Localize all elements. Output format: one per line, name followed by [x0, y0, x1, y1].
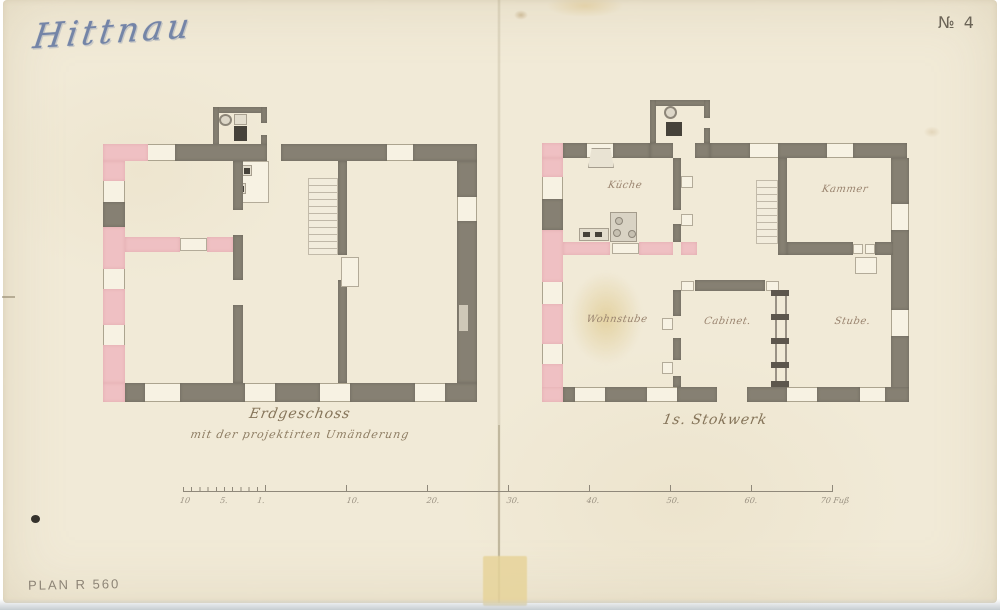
wall-segment-projected: [103, 289, 125, 325]
caption-ground-floor-sub: mit der projektirten Umänderung: [144, 428, 456, 441]
window-opening: [787, 387, 817, 402]
stove-burner: [628, 230, 636, 238]
wall-segment: [650, 100, 656, 143]
caption-first-floor: 1s. Stokwerk: [639, 412, 792, 428]
door-outline: [865, 244, 875, 254]
scale-tick: [265, 485, 266, 492]
wall-segment-projected: [542, 230, 563, 282]
wall-segment: [673, 376, 681, 387]
wall-segment: [613, 143, 650, 158]
scale-label: 5.: [203, 496, 244, 505]
window-opening: [647, 387, 677, 402]
hearth-fixture: [244, 168, 250, 174]
hearth-fixture: [666, 122, 682, 136]
wall-segment: [891, 230, 909, 310]
wall-segment: [695, 280, 765, 291]
door-outline: [180, 238, 207, 251]
timber-partition-tie: [771, 381, 789, 387]
wall-segment-projected: [103, 227, 125, 269]
boiler-fixture: [664, 106, 677, 119]
wall-segment: [445, 383, 477, 402]
scale-label: 60.: [730, 496, 771, 505]
wall-segment-projected: [207, 237, 233, 252]
window-opening: [750, 143, 778, 158]
wall-segment: [787, 242, 853, 255]
window-opening: [148, 144, 175, 161]
room-label-kueche: Küche: [589, 180, 661, 191]
timber-partition-tie: [771, 338, 789, 344]
scale-label-unit: 70 Fuß: [807, 496, 862, 505]
wall-segment: [704, 128, 710, 143]
scale-label: 1.: [240, 496, 281, 505]
hearth-fixture: [234, 126, 247, 141]
caption-ground-floor: Erdgeschoss: [169, 406, 432, 422]
wall-segment: [125, 383, 145, 402]
archive-stamp: PLAN R 560: [28, 576, 121, 593]
wall-segment: [563, 387, 575, 402]
window-opening: [457, 197, 477, 221]
wall-segment: [457, 161, 477, 197]
wall-segment: [338, 280, 347, 383]
scale-label: 10: [164, 496, 205, 505]
scanned-plan-sheet: Hittnau № 4 PLAN R 560 Küche Kammer Wohn…: [0, 0, 1000, 610]
door-outline: [662, 318, 673, 330]
wall-segment-projected: [103, 144, 148, 161]
wall-segment-projected: [542, 304, 563, 344]
wall-segment-projected: [103, 345, 125, 383]
scale-subdivisions: [183, 487, 267, 492]
door-outline: [681, 214, 693, 226]
window-opening: [387, 144, 413, 161]
wall-segment: [563, 143, 587, 158]
staircase: [308, 178, 338, 255]
scale-tick: [508, 485, 509, 492]
wall-segment: [457, 221, 477, 383]
wall-reveal: [459, 305, 468, 331]
scale-label: 30.: [492, 496, 533, 505]
wall-segment: [281, 144, 387, 161]
scale-tick: [589, 485, 590, 492]
wall-segment: [213, 107, 267, 113]
wall-segment: [853, 143, 907, 158]
wall-segment: [885, 387, 909, 402]
scale-label: 40.: [572, 496, 613, 505]
window-opening: [245, 383, 275, 402]
wall-segment: [710, 143, 750, 158]
window-opening: [103, 325, 125, 345]
wall-segment-projected: [125, 237, 180, 252]
stove-burner: [615, 217, 623, 225]
staircase: [756, 180, 778, 244]
wall-segment-projected: [542, 143, 563, 158]
hearth-fixture: [583, 232, 590, 237]
wall-segment-projected: [542, 158, 563, 177]
stove-burner: [613, 229, 621, 237]
wall-segment: [695, 143, 710, 158]
wall-segment: [180, 383, 245, 402]
scale-label: 20.: [412, 496, 453, 505]
window-opening: [827, 143, 853, 158]
wall-segment: [778, 158, 787, 255]
window-opening: [415, 383, 445, 402]
wall-segment: [542, 199, 563, 230]
floor-plan-ground: [95, 105, 483, 405]
wall-segment: [650, 100, 710, 106]
scale-tick: [832, 485, 833, 492]
door-outline: [662, 362, 673, 374]
wall-segment: [275, 383, 320, 402]
wall-segment: [891, 158, 909, 204]
scale-tick: [346, 485, 347, 492]
wall-segment: [673, 158, 681, 210]
ink-dot: [31, 515, 40, 523]
window-opening: [320, 383, 350, 402]
wall-segment: [778, 143, 827, 158]
window-opening: [860, 387, 885, 402]
hearth: [588, 148, 614, 168]
wall-segment: [233, 161, 243, 210]
wall-segment: [673, 290, 681, 316]
window-opening: [103, 181, 125, 202]
window-opening: [542, 344, 563, 364]
room-label-wohnstube: Wohnstube: [571, 314, 663, 325]
door-outline: [681, 176, 693, 188]
scale-tick: [670, 485, 671, 492]
wall-segment: [817, 387, 860, 402]
wall-segment: [233, 305, 243, 383]
window-opening: [542, 282, 563, 304]
floor-plan-first: [535, 92, 920, 407]
wall-segment: [704, 100, 710, 118]
scale-label: 50.: [652, 496, 693, 505]
window-opening: [891, 204, 909, 230]
door-outline: [681, 281, 694, 291]
hearth-fixture: [595, 232, 602, 237]
room-label-stube: Stube.: [814, 316, 891, 327]
wall-segment: [350, 383, 415, 402]
door-outline: [341, 257, 359, 287]
window-opening: [103, 269, 125, 289]
room-label-cabinet: Cabinet.: [689, 316, 766, 327]
window-opening: [891, 310, 909, 336]
wall-segment-projected: [563, 242, 610, 255]
wall-segment: [103, 202, 125, 227]
wall-segment: [677, 387, 717, 402]
room-label-kammer: Kammer: [804, 184, 886, 195]
wall-segment: [605, 387, 647, 402]
scale-tick: [427, 485, 428, 492]
fold-mark: [2, 296, 15, 298]
wall-segment: [875, 242, 893, 255]
wall-segment: [175, 144, 267, 161]
wall-segment-projected: [103, 383, 125, 402]
door-outline: [853, 244, 863, 254]
fixture: [234, 114, 247, 125]
wall-segment: [673, 224, 681, 242]
wall-segment: [650, 143, 673, 158]
wall-segment: [261, 107, 267, 123]
window-opening: [542, 177, 563, 199]
window-opening: [575, 387, 605, 402]
boiler-fixture: [219, 114, 232, 126]
sheet-number: № 4: [938, 13, 976, 32]
wall-segment-projected: [681, 242, 697, 255]
wall-segment: [233, 235, 243, 280]
wall-segment: [673, 338, 681, 360]
wall-segment-projected: [639, 242, 673, 255]
wall-segment: [213, 107, 219, 145]
timber-partition-tie: [771, 362, 789, 368]
wall-segment: [747, 387, 787, 402]
door-outline: [612, 243, 639, 254]
timber-partition-tie: [771, 314, 789, 320]
window-opening: [145, 383, 180, 402]
wall-segment-projected: [542, 387, 563, 402]
scale-label: 10.: [332, 496, 373, 505]
door-outline: [855, 257, 877, 274]
wall-segment-projected: [103, 161, 125, 181]
wall-segment: [413, 144, 477, 161]
timber-partition-tie: [771, 290, 789, 296]
wall-segment: [338, 161, 347, 255]
scale-bar: 10 5. 1. 10. 20. 30. 40. 50. 60. 70 Fuß: [183, 485, 843, 511]
scale-tick: [751, 485, 752, 492]
scan-edge-shadow: [0, 599, 1000, 610]
